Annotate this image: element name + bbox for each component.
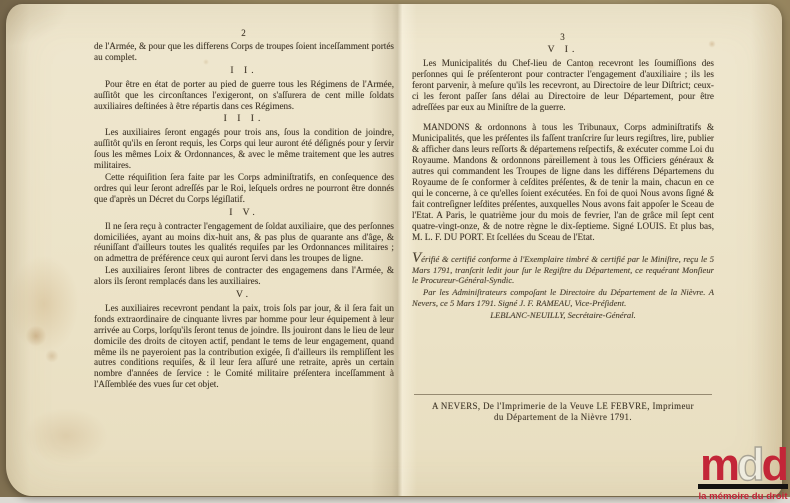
- certification-text: LEBLANC-NEUILLY, Secrétaire-Général.: [412, 310, 714, 320]
- paragraph: Cette réquiſition ſera faite par les Cor…: [94, 172, 394, 205]
- section-heading: V I.: [412, 45, 714, 56]
- scan-edge-strip: [0, 497, 790, 503]
- page-left: 2 de l'Armée, & pour que les differens C…: [94, 28, 394, 391]
- paragraph: Il ne ſera reçu à contracter l'engagemen…: [94, 221, 394, 265]
- certification-text: Par les Adminiſtrateurs compoſant le Dir…: [412, 287, 714, 308]
- imprint-line: A NEVERS, De l'Imprimerie de la Veuve LE…: [412, 401, 714, 412]
- mdd-logo-word: mdd: [697, 448, 789, 482]
- page-number-left: 2: [94, 28, 394, 38]
- document-paper: 2 de l'Armée, & pour que les differens C…: [6, 4, 782, 496]
- page-right: 3 V I.Les Municipalités du Chef-lieu de …: [412, 32, 714, 320]
- section-heading: I I.: [94, 66, 394, 77]
- logo-letter-d: d: [762, 448, 787, 482]
- paragraph: Pour être en état de porter au pied de g…: [94, 79, 394, 112]
- certification-text: Vérifié & certifié conforme à l'Exemplai…: [412, 253, 714, 285]
- section-heading: I I I.: [94, 114, 394, 125]
- section-heading: I V.: [94, 208, 394, 219]
- imprint-divider-rule: [414, 394, 712, 395]
- logo-letter-d-outline: d: [737, 448, 762, 482]
- logo-letter-m: m: [700, 448, 737, 482]
- imprint-line: du Département de la Nièvre 1791.: [412, 412, 714, 423]
- section-heading: V.: [94, 290, 394, 301]
- printer-imprint: A NEVERS, De l'Imprimerie de la Veuve LE…: [412, 394, 714, 422]
- mdd-logo: mdd la mémoire du droit: [697, 448, 789, 502]
- page-left-text: de l'Armée, & pour que les differens Cor…: [94, 41, 394, 390]
- paragraph: MANDONS & ordonnons à tous les Tribunaux…: [412, 122, 714, 242]
- paragraph: Les Municipalités du Chef-lieu de Canton…: [412, 58, 714, 113]
- page-right-text: V I.Les Municipalités du Chef-lieu de Ca…: [412, 45, 714, 320]
- scanned-document-photo: 2 de l'Armée, & pour que les differens C…: [0, 0, 790, 503]
- paragraph: de l'Armée, & pour que les differens Cor…: [94, 41, 394, 63]
- paragraph: Les auxiliaires ſeront engagés pour troi…: [94, 127, 394, 171]
- paragraph: Les auxiliaires recevront pendant la pai…: [94, 303, 394, 390]
- page-number-right: 3: [412, 32, 714, 42]
- paragraph: Les auxiliaires ſeront libres de contrac…: [94, 265, 394, 287]
- logo-tagline: la mémoire du droit: [697, 491, 789, 502]
